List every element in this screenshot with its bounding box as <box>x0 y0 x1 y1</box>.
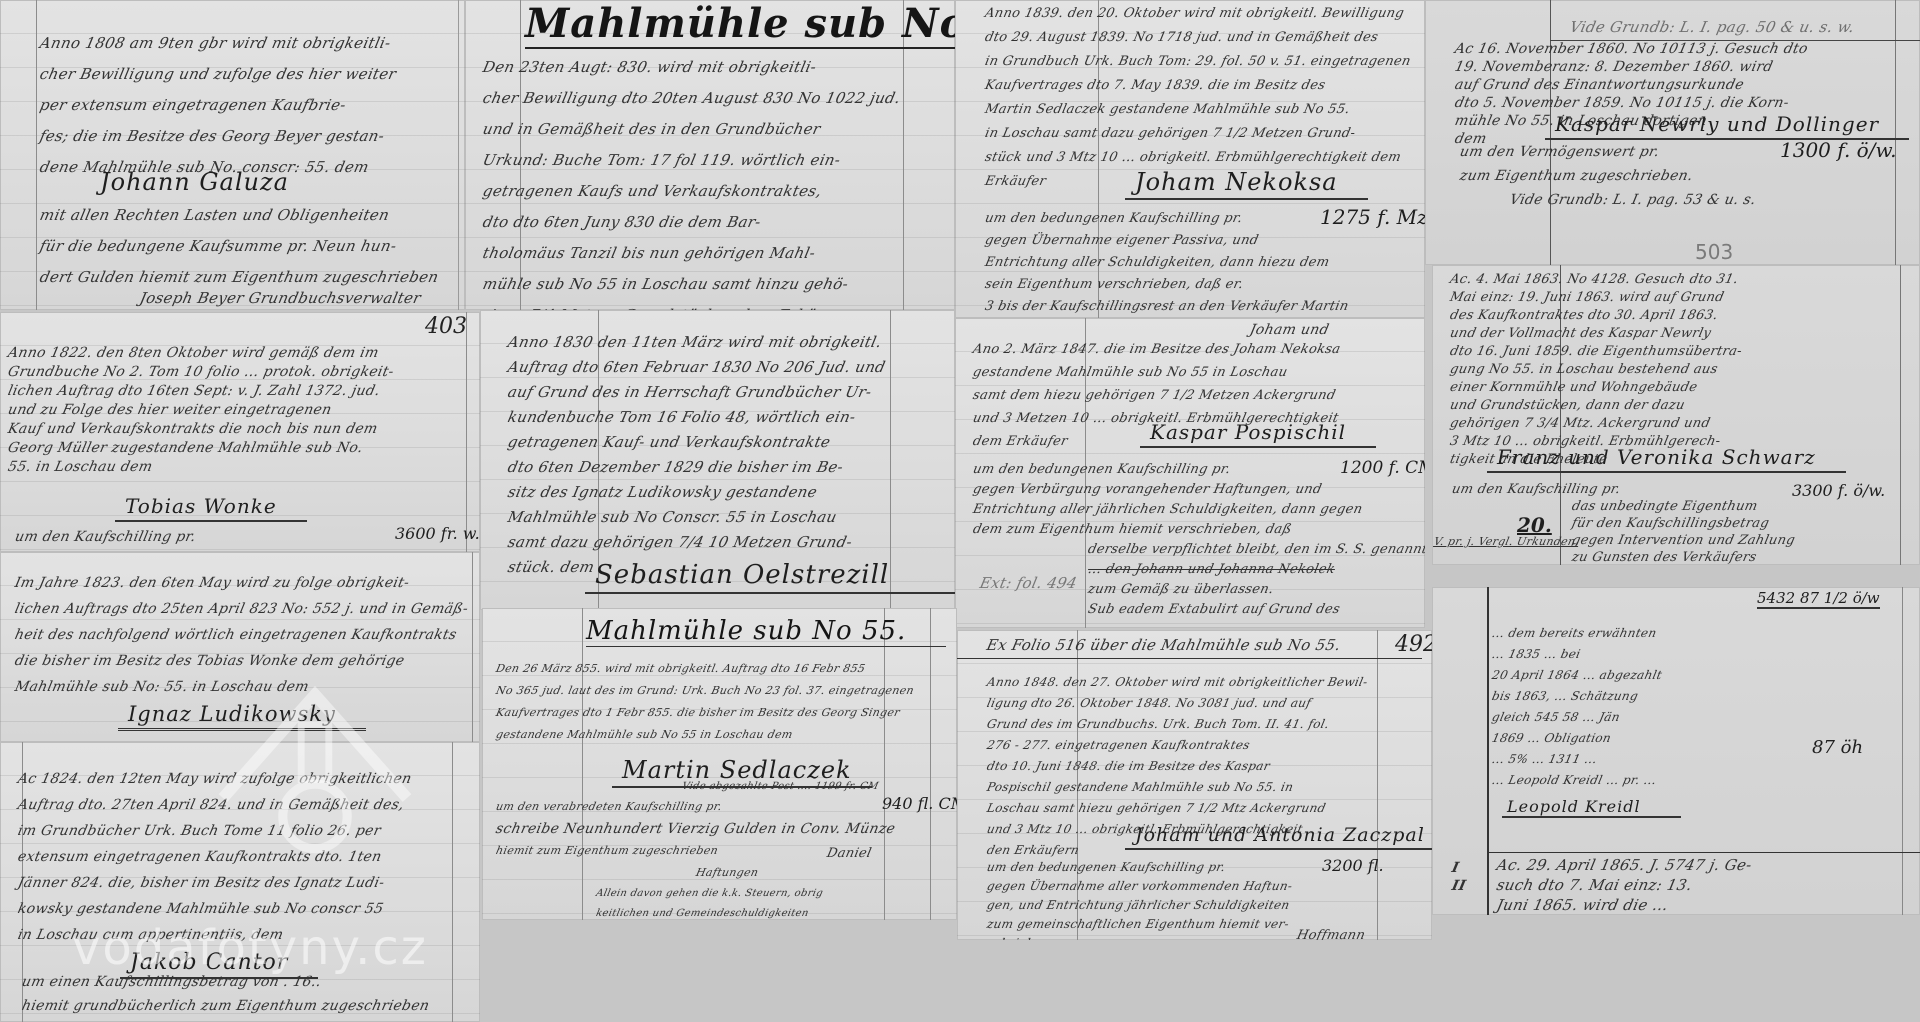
signature: Joseph Beyer Grundbuchsverwalter <box>140 283 421 310</box>
register-page-1860: Vide Grundb: L. I. pag. 50 & u. s. w. Ac… <box>1425 0 1920 265</box>
page-header: Ex Folio 516 über die Mahlmühle sub No 5… <box>987 634 1341 656</box>
amount-note: Vide abgezahlte Post .... 1199 fr. CM <box>682 780 878 794</box>
margin-note: Ext: fol. 494 <box>980 568 1077 599</box>
signature: Hoffmann <box>1297 920 1365 940</box>
folio-stamp: 503 <box>1695 240 1733 264</box>
empty-area <box>957 940 1920 1022</box>
margin-line <box>472 552 473 742</box>
margin-line <box>1902 587 1903 915</box>
carried-total: 5432 87 1/2 ö/w <box>1757 589 1880 609</box>
entry-text: Anno 1808 am 9ten gbr wird mit obrigkeit… <box>40 28 396 183</box>
register-page-1823: Im Jahre 1823. den 6ten May wird zu folg… <box>0 552 480 742</box>
empty-area <box>482 920 957 1022</box>
header-divider <box>957 658 1422 659</box>
page-number: 403 <box>425 314 467 339</box>
entry-text: Ac. 4. Mai 1863. No 4128. Gesuch dto 31.… <box>1450 271 1742 469</box>
owner-name: Kaspar Newrly und Dollinger <box>1545 112 1909 140</box>
register-page-1839: Anno 1839. den 20. Oktober wird mit obri… <box>955 0 1425 318</box>
owner-name: Tobias Wonke <box>115 494 307 522</box>
page-title: Mahlmühle sub No. 55 <box>525 0 955 49</box>
entry-text-after: um den Kaufschilling pr. <box>15 528 196 547</box>
amount: 87 öh <box>1812 737 1863 758</box>
register-page-1855: Mahlmühle sub No 55. Den 26 März 855. wi… <box>482 608 957 920</box>
name-above: Joham und <box>1250 320 1329 340</box>
footer-entry: Ac. 29. April 1865. J. 5747 j. Ge- such … <box>1497 855 1752 915</box>
section-divider <box>1487 852 1920 853</box>
register-page-1822: 403 Anno 1822. den 8ten Oktober wird gem… <box>0 312 480 552</box>
register-page-1847: Joham und Ano 2. März 1847. die im Besit… <box>955 318 1425 628</box>
entry-text-after: um den Kaufschilling pr. das unbedingte … <box>1452 481 1795 565</box>
margin-number: 20. <box>1517 513 1552 537</box>
margin-line <box>36 0 37 310</box>
owner-name: Joham und Antonia Zaczpal <box>1125 824 1432 850</box>
entry-text-after: mit allen Rechten Lasten und Obligenheit… <box>40 200 438 293</box>
entry-text: ... dem bereits erwähnten ... 1835 ... b… <box>1492 623 1662 791</box>
entry-text: Den 23ten Augt: 830. wird mit obrigkeitl… <box>483 52 900 310</box>
margin-note: V. pr. j. Vergl. Urkunden. <box>1434 535 1579 549</box>
entry-text: Anno 1830 den 11ten März wird mit obrigk… <box>508 330 885 580</box>
register-page-1865: 5432 87 1/2 ö/w ... dem bereits erwähnte… <box>1432 587 1920 915</box>
register-page-1830-aug: Mahlmühle sub No. 55 Den 23ten Augt: 830… <box>465 0 955 310</box>
register-page-1808: Anno 1808 am 9ten gbr wird mit obrigkeit… <box>0 0 465 310</box>
margin-line <box>458 0 459 310</box>
purchase-amount: 3600 fr. w.w. <box>395 524 480 543</box>
margin-line <box>1900 265 1901 565</box>
register-page-1824: Ac 1824. den 12ten May wird zufolge obri… <box>0 742 480 1022</box>
entry-text-after: um den bedungenen Kaufschilling pr. gege… <box>985 208 1348 318</box>
owner-name: Ignaz Ludikowsky <box>118 702 366 731</box>
entry-text: Den 26 März 855. wird mit obrigkeitl. Au… <box>496 658 914 746</box>
owner-name: Franz und Veronika Schwarz <box>1487 445 1846 473</box>
margin-line <box>930 608 931 920</box>
purchase-amount: 1300 f. ö/w. <box>1780 138 1897 162</box>
register-page-1863: Ac. 4. Mai 1863. No 4128. Gesuch dto 31.… <box>1432 265 1920 565</box>
owner-name: Kaspar Pospischil <box>1140 420 1376 448</box>
reference-note: Vide Grundb: L. I. pag. 50 & u. s. w. <box>1570 12 1854 43</box>
entry-text: Ac 1824. den 12ten May wird zufolge obri… <box>18 766 411 948</box>
margin-line <box>1377 630 1378 940</box>
page-title: Mahlmühle sub No 55. <box>586 616 946 647</box>
register-page-1830-mar: Anno 1830 den 11ten März wird mit obrigk… <box>480 310 955 610</box>
owner-name: Sebastian Oelstrezill <box>585 560 955 594</box>
margin-line <box>452 742 453 1022</box>
entry-text-after: um den Vermögenswert pr. zum Eigenthum z… <box>1460 140 1756 212</box>
margin-line <box>1487 587 1489 915</box>
purchase-amount: 3200 fl. <box>1322 856 1384 875</box>
roman-margin: I II <box>1452 859 1466 895</box>
entry-text: Im Jahre 1823. den 6ten May wird zu folg… <box>15 570 468 700</box>
owner-name: Joham Nekoksa <box>1125 168 1368 200</box>
entry-text-after: um den bedungenen Kaufschilling pr. gege… <box>987 858 1292 940</box>
side-note: Daniel <box>827 838 871 869</box>
entry-text: Anno 1822. den 8ten Oktober wird gemäß d… <box>8 344 394 477</box>
entry-text-after: um einen Kaufschillingsbetrag von . 16..… <box>22 970 429 1018</box>
purchase-amount: 3300 f. ö/w. <box>1792 481 1885 500</box>
owner-name: Leopold Kreidl <box>1502 797 1681 818</box>
entry-text: Anno 1839. den 20. Oktober wird mit obri… <box>985 2 1410 194</box>
owner-name: Johann Galuza <box>90 168 319 198</box>
register-page-1848: Ex Folio 516 über die Mahlmühle sub No 5… <box>957 630 1432 940</box>
page-number: 492 <box>1395 632 1432 657</box>
margin-line <box>466 312 467 552</box>
